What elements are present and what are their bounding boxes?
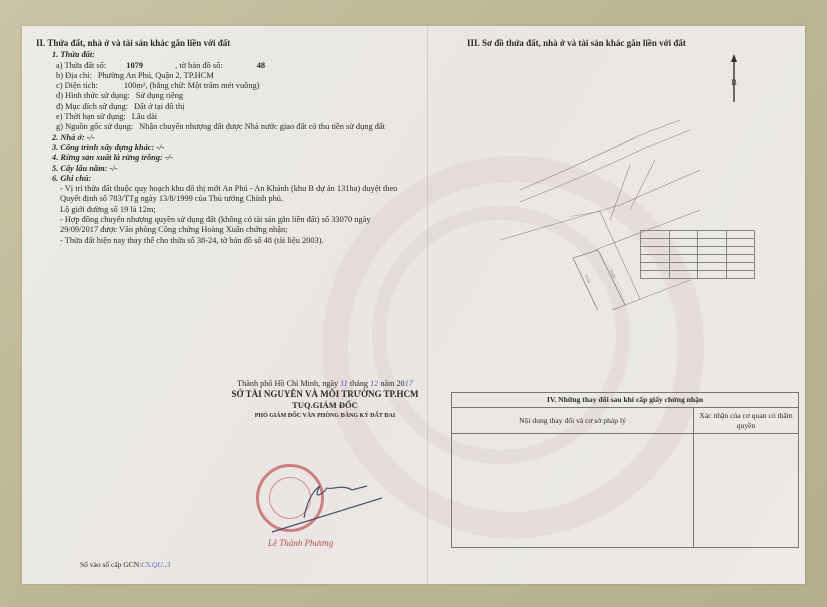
gcn-value: CS.QU..3: [141, 560, 170, 569]
map-sheet-number: 48: [257, 61, 265, 70]
use-form-value: Sử dụng riêng: [136, 91, 183, 100]
issuing-org: SỞ TÀI NGUYÊN VÀ MÔI TRƯỜNG TP.HCM: [195, 389, 455, 400]
year-label: năm 20: [380, 379, 404, 388]
origin-value: Nhận chuyển nhượng đất được Nhà nước gia…: [139, 122, 385, 131]
signature-block: Thành phố Hồ Chí Minh, ngày 11 tháng 12 …: [195, 378, 455, 422]
signer-subtitle: PHÓ GIÁM ĐỐC VĂN PHÒNG ĐĂNG KÝ ĐẤT ĐAI: [195, 411, 455, 422]
note-item: - Hợp đồng chuyển nhượng quyền sử dụng đ…: [36, 215, 416, 236]
place-date-prefix: Thành phố Hồ Chí Minh, ngày: [237, 379, 338, 388]
signer-name: Lê Thành Phương: [268, 538, 333, 548]
parcel-label: a) Thửa đất số:: [56, 61, 106, 70]
changes-confirmation-header: Xác nhận của cơ quan có thẩm quyền: [694, 408, 798, 434]
date-day: 11: [340, 379, 348, 388]
use-form-label: d) Hình thức sử dụng:: [56, 91, 130, 100]
purpose-row: đ) Mục đích sử dụng:Đất ở tại đô thị: [36, 102, 416, 112]
north-arrow-icon: B: [729, 54, 739, 102]
section-title: II. Thửa đất, nhà ở và tài sản khác gắn …: [36, 38, 416, 48]
origin-row: g) Nguồn gốc sử dụng:Nhận chuyển nhượng …: [36, 122, 416, 132]
area-label: c) Diện tích:: [56, 81, 98, 90]
place-date: Thành phố Hồ Chí Minh, ngày 11 tháng 12 …: [195, 378, 455, 389]
use-form-row: d) Hình thức sử dụng:Sử dụng riêng: [36, 91, 416, 101]
date-year: 17: [405, 379, 413, 388]
signer-title: TUQ.GIÁM ĐỐC: [195, 400, 455, 411]
diagram-section-title: III. Sơ đồ thửa đất, nhà ở và tài sản kh…: [467, 38, 797, 48]
changes-content-header: Nội dung thay đổi và cơ sở pháp lý: [452, 408, 693, 434]
perennial-line: 5. Cây lâu năm: -/-: [36, 164, 416, 174]
svg-text:20.00: 20.00: [584, 274, 591, 284]
month-label: tháng: [350, 379, 368, 388]
parcel-row: a) Thửa đất số: 1079 , tờ bản đồ số: 48: [36, 61, 416, 71]
changes-table: IV. Những thay đổi sau khi cấp giấy chứn…: [451, 392, 799, 548]
address-label: b) Địa chỉ:: [56, 71, 92, 80]
term-value: Lâu dài: [132, 112, 157, 121]
gcn-label: Số vào sổ cấp GCN:: [80, 560, 141, 569]
address-value: Phường An Phú, Quận 2, TP.HCM: [98, 71, 214, 80]
origin-label: g) Nguồn gốc sử dụng:: [56, 122, 133, 131]
term-label: e) Thời hạn sử dụng:: [56, 112, 126, 121]
notes-heading: 6. Ghi chú:: [36, 174, 416, 184]
changes-title: IV. Những thay đổi sau khi cấp giấy chứn…: [452, 393, 798, 408]
date-month: 12: [370, 379, 378, 388]
gcn-register-number: Số vào sổ cấp GCN:CS.QU..3: [80, 560, 170, 569]
house-line: 2. Nhà ở: -/-: [36, 133, 416, 143]
changes-content-column: Nội dung thay đổi và cơ sở pháp lý: [452, 408, 694, 547]
term-row: e) Thời hạn sử dụng:Lâu dài: [36, 112, 416, 122]
north-label: B: [731, 78, 736, 87]
note-item: Lộ giới đường số 19 là 12m;: [36, 205, 416, 215]
note-item: - Thửa đất hiện nay thay thế cho thửa số…: [36, 236, 416, 246]
right-page: III. Sơ đồ thửa đất, nhà ở và tài sản kh…: [467, 38, 797, 50]
land-heading: 1. Thửa đất:: [36, 50, 416, 60]
coordinate-table: [640, 222, 755, 279]
svg-text:20.00: 20.00: [609, 269, 616, 279]
area-row: c) Diện tích:100m², (bằng chữ: Một trăm …: [36, 81, 416, 91]
other-construction-line: 3. Công trình xây dựng khác: -/-: [36, 143, 416, 153]
parcel-diagram: 20.00 20.00: [500, 110, 700, 310]
fold-line: [427, 26, 428, 584]
map-sheet-label: , tờ bản đồ số:: [175, 61, 222, 70]
purpose-label: đ) Mục đích sử dụng:: [56, 102, 128, 111]
address-row: b) Địa chỉ:Phường An Phú, Quận 2, TP.HCM: [36, 71, 416, 81]
forest-line: 4. Rừng sản xuất là rừng trồng: -/-: [36, 153, 416, 163]
left-page: II. Thửa đất, nhà ở và tài sản khác gắn …: [36, 38, 416, 246]
purpose-value: Đất ở tại đô thị: [134, 102, 184, 111]
changes-confirmation-column: Xác nhận của cơ quan có thẩm quyền: [694, 408, 798, 547]
area-value: 100m², (bằng chữ: Một trăm mét vuông): [124, 81, 260, 90]
signature-icon: [262, 470, 402, 540]
parcel-number: 1079: [126, 61, 143, 70]
note-item: - Vị trí thửa đất thuộc quy hoạch khu đô…: [36, 184, 416, 205]
